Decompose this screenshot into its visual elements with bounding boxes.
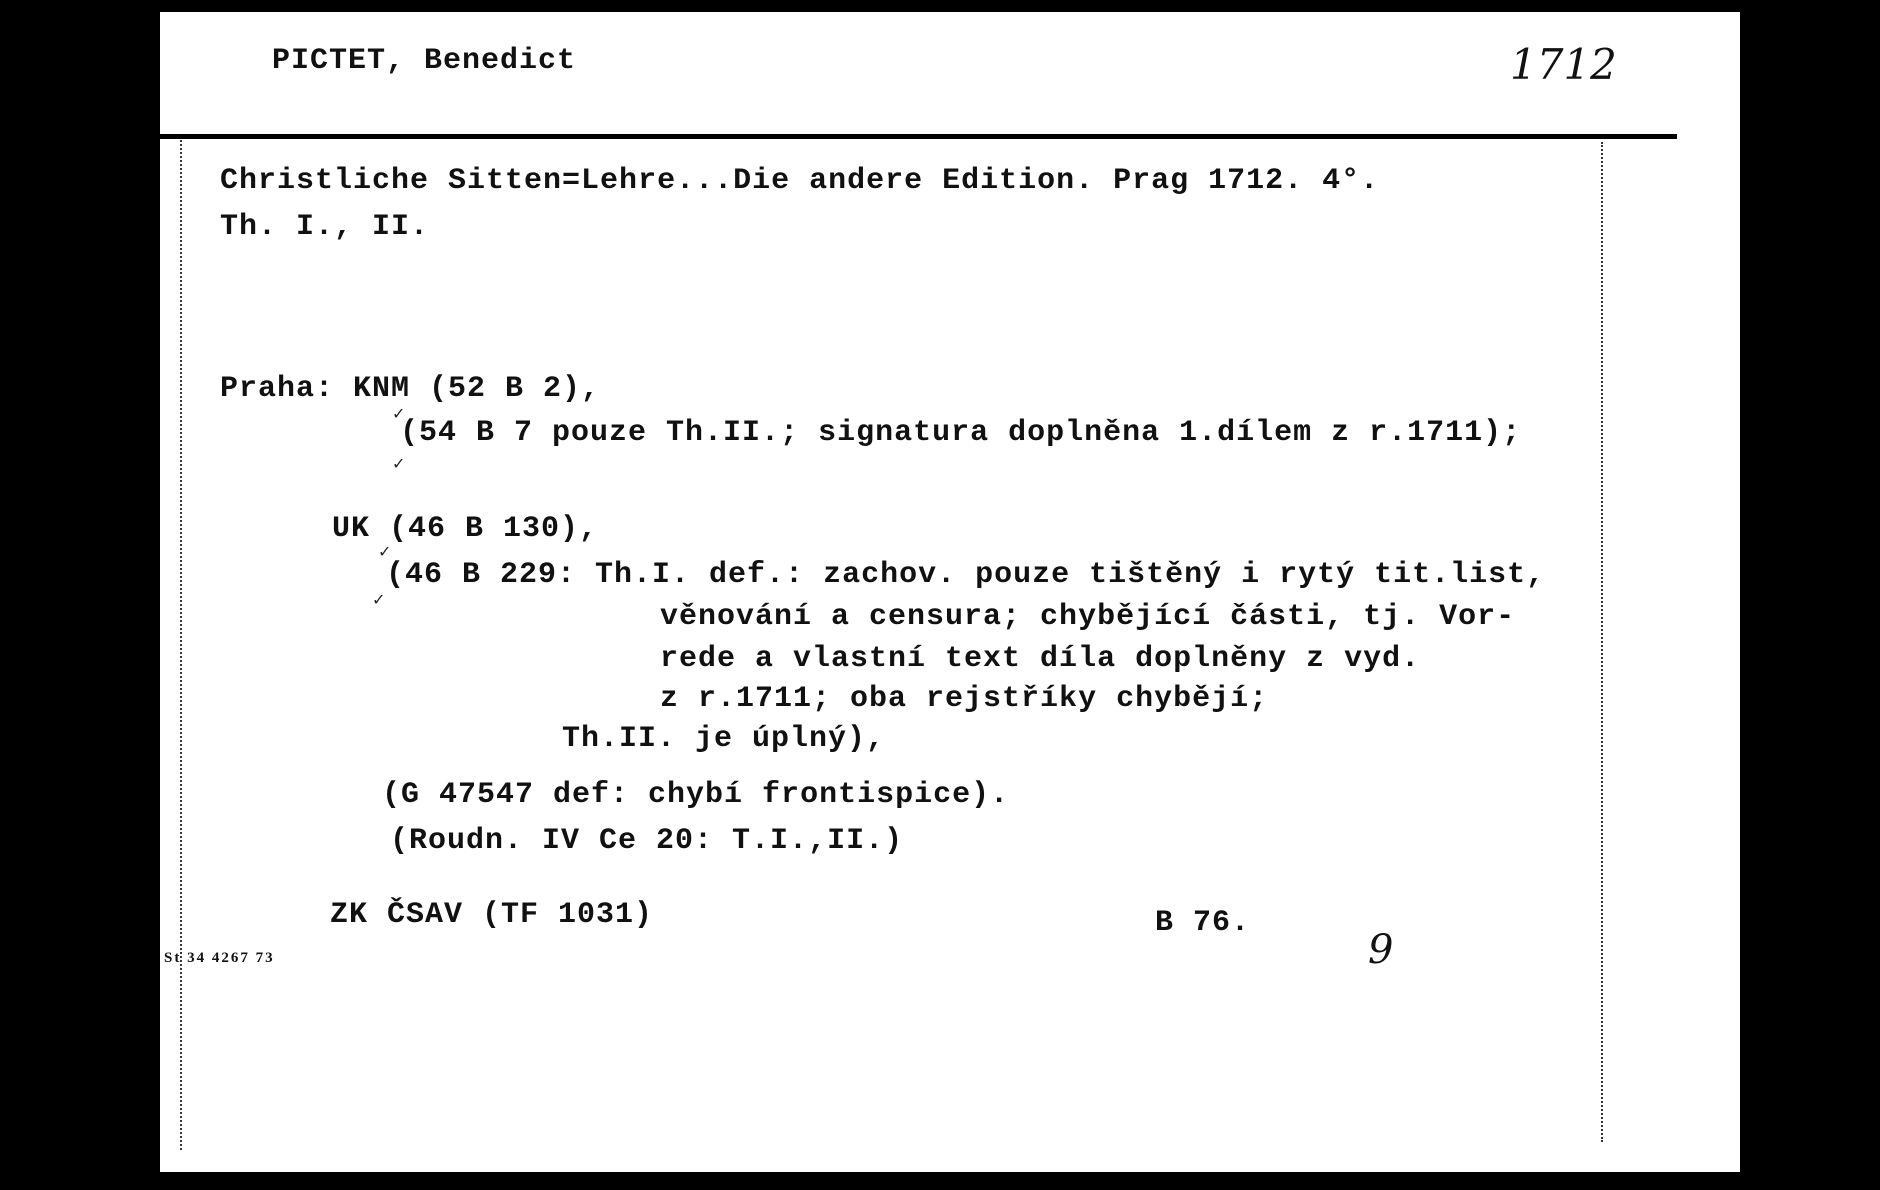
print-number: St 34 4267 73 [164,950,275,967]
holding-uk: UK (46 B 130), [332,512,598,546]
left-margin-line [180,140,182,1150]
holding-uk-7: (G 47547 def: chybí frontispice). [382,778,1009,812]
holding-uk-3: věnování a censura; chybějící části, tj.… [660,600,1515,634]
handwritten-year: 1712 [1510,40,1617,89]
author-heading: PICTET, Benedict [272,44,576,78]
holding-uk-6: Th.II. je úplný), [562,722,885,756]
holding-uk-5: z r.1711; oba rejstříky chybějí; [660,682,1268,716]
catalog-card: PICTET, Benedict 1712 Christliche Sitten… [160,12,1740,1172]
check-mark: ✓ [372,590,385,609]
header-rule [160,134,1677,139]
holding-uk-8: (Roudn. IV Ce 20: T.I.,II.) [390,824,903,858]
handwritten-mark: 9 [1368,927,1393,973]
right-margin-line [1601,142,1603,1142]
title-line: Christliche Sitten=Lehre...Die andere Ed… [220,164,1379,198]
check-mark: ✓ [392,454,405,473]
reference-number: B 76. [1155,906,1250,940]
holding-uk-2: (46 B 229: Th.I. def.: zachov. pouze tiš… [386,558,1545,592]
holding-praha-knm-2: (54 B 7 pouze Th.II.; signatura doplněna… [400,416,1521,450]
holding-uk-4: rede a vlastní text díla doplněny z vyd. [660,642,1420,676]
holding-praha-knm: Praha: KNM (52 B 2), [220,372,600,406]
holding-zk-csav: ZK ČSAV (TF 1031) [330,898,653,932]
parts-line: Th. I., II. [220,210,429,244]
